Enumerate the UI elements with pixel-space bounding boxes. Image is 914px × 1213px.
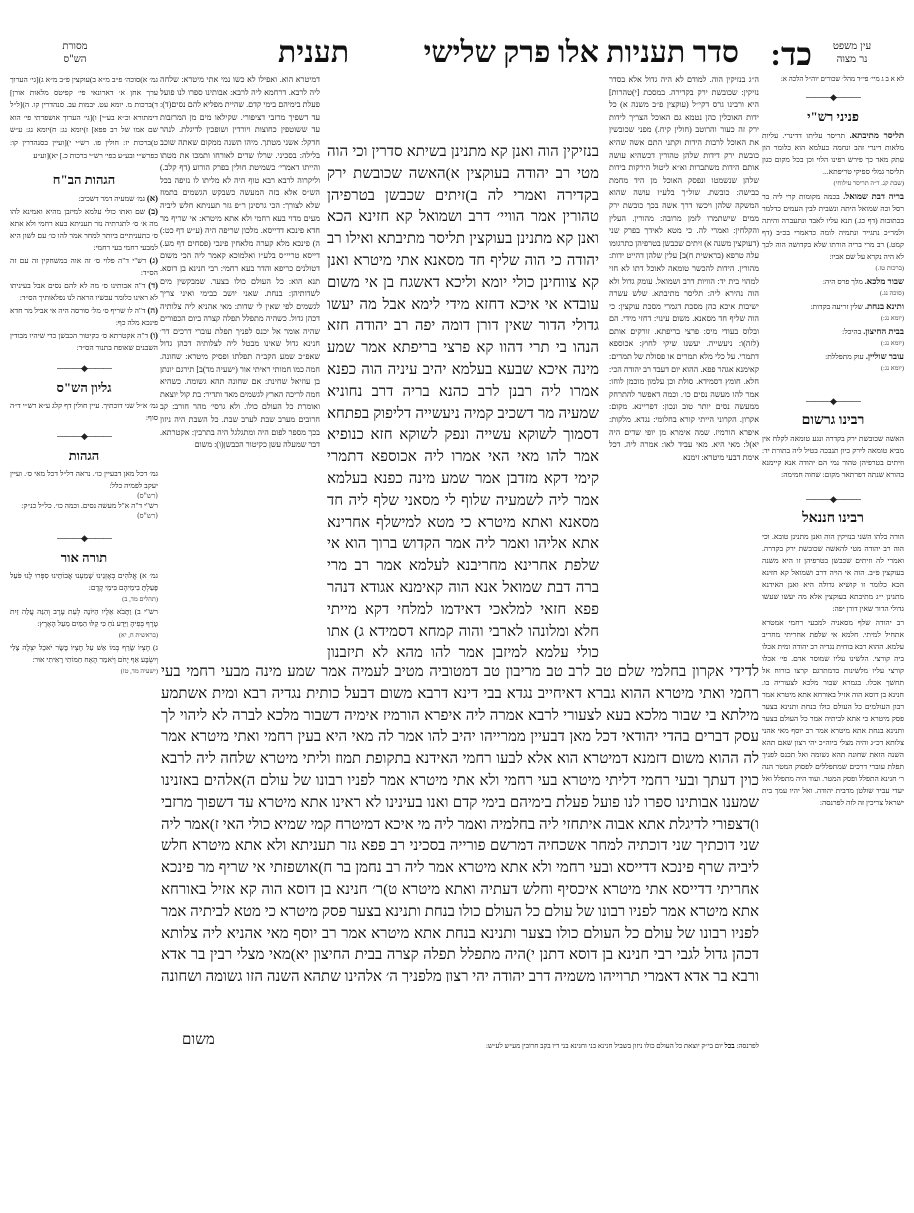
- item-mark: (א): [147, 193, 158, 203]
- ein-mishpat-text: לא א ב ג מיי׳ פי״ד מהל׳ שכורים יוה״ל הלכ…: [762, 74, 904, 85]
- verse-ref: (תהלים מד, ב): [10, 594, 158, 606]
- hagahot-title: הגהות: [10, 448, 158, 464]
- pnei-rashi-entry: ותינא בנחת. שלין זריעה בקדות: (יומא נג:): [762, 300, 904, 325]
- verse-text: ג) חֶצְיוֹ שָׂרַף בְּמוֹ אֵשׁ עַל חֶצְיו…: [10, 643, 158, 664]
- item-mark: (ה): [147, 305, 158, 315]
- hagahot-ref-2: (רש"ס): [10, 512, 158, 520]
- entry-ref: (יומא נג:): [762, 338, 904, 350]
- ein-mishpat-label-line2: נר מצוה: [818, 53, 886, 66]
- pnei-rashi-title: פניני רש"י: [762, 109, 904, 125]
- item-mark: (ג): [150, 255, 158, 265]
- hagahot-habach-title: הגהות הב"ח: [10, 172, 158, 188]
- rabbeinu-chananel-text-2: רב יהודה שלף מסאניה למבעי רחמי אמטרא אתח…: [762, 617, 904, 809]
- entry-ref: (יומא נג:): [762, 313, 904, 325]
- gemara-text-top: בנזיקין הוה ואנן קא מתנינן בשיתא סדרין ו…: [327, 142, 599, 662]
- lemma: בבית החיצון.: [863, 326, 904, 336]
- hagahot-habach-item: (ה) ד"ה לו שריף ס׳ מל׳ סורסה היה אי אביל…: [10, 304, 158, 329]
- torah-or-item: רש"י ב) וַתָּבֹא אֵלָיו הַיּוֹנָה לְעֵת …: [10, 606, 158, 642]
- entry-ref: (יומא נג:): [762, 363, 904, 375]
- hagahot-habach-item: (ו) ד"ה אקטרתא ס׳ כקיטור הכבשן כדי שיהיו…: [10, 329, 158, 354]
- item-text: רש"י ד"ה פלוי ס׳ זה אוה במשחקין זה עם זה…: [10, 256, 158, 277]
- torah-or-item: ג) חֶצְיוֹ שָׂרַף בְּמוֹ אֵשׁ עַל חֶצְיו…: [10, 642, 158, 678]
- hagahot-habach-item: (א) גמ׳ שמעיה דמר דשכיב:: [10, 192, 158, 205]
- lemma: תליסר מתיבתא.: [850, 130, 904, 140]
- hagahot-habach-item: (ב) שם ואתו כולי עלמא למיזבן מהיא ואמינא…: [10, 205, 158, 254]
- ornament-divider: ―――◆―――: [762, 397, 904, 407]
- tractate-name: תענית: [278, 36, 349, 70]
- item-text: שם ואתו כולי עלמא למיזבן מהיא ואמינא להו…: [10, 207, 158, 252]
- item-mark: (ב): [148, 206, 158, 216]
- hagahot-text-2: רש"י ד"ה א"ל מעשה נסים. וכמה כו׳. כל״ל כ…: [10, 500, 158, 512]
- hagahot-ref: (רש"ס): [10, 492, 158, 500]
- hagahot-habach-item: (ד) ד"ה אבותינו ס׳ מה לא להם נסים אבל בע…: [10, 279, 158, 304]
- lemma: שבור מלכא.: [865, 276, 904, 286]
- lemma: בריה דבת שמואל.: [843, 191, 904, 201]
- ein-mishpat-label-line1: עין משפט: [818, 40, 886, 53]
- item-text: ד"ה לו שריף ס׳ מל׳ סורסה היה אי אביל מר …: [10, 306, 158, 327]
- entry-text: מלך פרס היה:: [823, 277, 863, 286]
- footnote: לפרנסה: בכל יום בי״ק יוצאת כל העולם כולו…: [159, 1041, 759, 1051]
- ornament-divider: ―――◆―――: [10, 534, 158, 544]
- rashi-commentary-left: דמיטרא הוא. ואפילו לא כשו נמי אתי מיטרא:…: [160, 74, 320, 664]
- rabbeinu-gershom-title: רבינו גרשום: [762, 413, 904, 429]
- verse-ref: (ישעיה מד, טז): [10, 666, 158, 678]
- torah-or-item: גמ׳ א) אֱלֹהִים בְּאָזְנֵינוּ שָׁמַעְנוּ…: [10, 570, 158, 606]
- ornament-divider: ―――◆―――: [762, 495, 904, 505]
- item-text: ד"ה אקטרתא ס׳ כקיטור הכבשן כדי שיהיו מבו…: [10, 331, 158, 352]
- verse-ref: (בראשית ח, יא): [10, 630, 158, 642]
- item-mark: (ד): [148, 280, 158, 290]
- hagahot-habach-item: (ג) רש"י ד"ה פלוי ס׳ זה אוה במשחקין זה ע…: [10, 254, 158, 279]
- pnei-rashi-entry: עובר שוליין. עוק מתפללת: (יומא נג:): [762, 350, 904, 375]
- ornament-divider: ―――◆―――: [10, 432, 158, 442]
- masoret-label-line2: הש"ס: [40, 53, 110, 66]
- masoret-hashas-label: מסורת הש"ס: [40, 40, 110, 66]
- masoret-label-line1: מסורת: [40, 40, 110, 53]
- ornament-divider: ―――◆―――: [10, 364, 158, 374]
- gemara-main-text: לדידי אקרון בחלמי שלם טב לרב טב מריבון ט…: [161, 664, 759, 982]
- verse-text: גמ׳ א) אֱלֹהִים בְּאָזְנֵינוּ שָׁמַעְנוּ…: [10, 571, 158, 592]
- item-mark: (ו): [150, 330, 158, 340]
- verse-text: רש"י ב) וַתָּבֹא אֵלָיו הַיּוֹנָה לְעֵת …: [10, 607, 158, 628]
- pnei-rashi-entry: בריה דבת שמואל. בכמה מקומות קרי ליה בר ר…: [762, 190, 904, 275]
- rabbeinu-gershom-text: האשה שכובשת ירק בקדרה ונגע טומאה לקלח אי…: [762, 433, 904, 481]
- lemma: עובר שוליין.: [866, 351, 904, 361]
- right-sidebar: לא א ב ג מיי׳ פי״ד מהל׳ שכורים יוה״ל הלכ…: [762, 74, 904, 809]
- gemara-text-main: לדידי אקרון בחלמי שלם טב לרב טב מריבון ט…: [161, 662, 759, 982]
- rabbeinu-chananel-text: הורה בלהו השני בנזיקין הוה ואנן מתנינן ט…: [762, 531, 904, 615]
- item-text: ד"ה אבותינו ס׳ מה לא להם נסים אבל בעינית…: [10, 281, 158, 302]
- entry-ref: (סוכה נג.): [762, 288, 904, 300]
- item-text: גמ׳ שמעיה דמר דשכיב:: [78, 194, 145, 203]
- entry-text: בהיכל:: [842, 327, 861, 336]
- rashi-commentary: ה״ג בנזיקין הוה. למודם לא היה גדול אלא ב…: [609, 74, 759, 664]
- hagahot-text: גמ׳ דכל מאן דבעיין כו׳. נראה דל״ל דכל מא…: [10, 468, 158, 492]
- left-sidebar: גמ׳ א)סוכה׳ פ״ב מ״א ב)עוקצין פ״ב מ״א ג)[…: [10, 74, 158, 678]
- torah-or-title: תורה אור: [10, 550, 158, 566]
- masoret-hashas-text: גמ׳ א)סוכה׳ פ״ב מ״א ב)עוקצין פ״ב מ״א ג)[…: [10, 74, 158, 162]
- pnei-rashi-entry: בבית החיצון. בהיכל: (יומא נג:): [762, 325, 904, 350]
- entry-text: עוק מתפללת:: [825, 352, 864, 361]
- gilyon-hashas-text: גמ׳ א״ל שני דוכתיך. עיין חולין דף קלג ע״…: [10, 400, 158, 424]
- daf-number: כד:: [770, 36, 812, 73]
- gilyon-hashas-title: גליון הש"ס: [10, 380, 158, 396]
- entry-text: שלין זריעה בקדות:: [810, 302, 863, 311]
- ein-mishpat-label: עין משפט נר מצוה: [818, 40, 886, 66]
- pnei-rashi-entry: שבור מלכא. מלך פרס היה: (סוכה נג.): [762, 275, 904, 300]
- lemma: ותינא בנחת.: [865, 301, 904, 311]
- footnote-lead: לפרנסה:: [736, 1042, 759, 1050]
- footnote-bold: בכל: [725, 1042, 735, 1050]
- entry-ref: (ברכות טז.): [762, 263, 904, 275]
- pnei-rashi-entry: תליסר מתיבתא. תריסר עליתו דדינרי. עליות …: [762, 129, 904, 190]
- page-title: סדר תעניות אלו פרק שלישי: [424, 36, 739, 70]
- ornament-divider: ―――◆―――: [762, 93, 904, 103]
- entry-text: בכמה מקומות קרי ליה בר רסל וכה שמואל הית…: [762, 192, 904, 261]
- rabbeinu-chananel-title: רבינו חננאל: [762, 511, 904, 527]
- entry-ref: (שבת קנ. ד״ה תריסר עילוחי): [762, 178, 904, 190]
- footnote-text: יום בי״ק יוצאת כל העולם כולו ניזון בשביל…: [486, 1042, 723, 1050]
